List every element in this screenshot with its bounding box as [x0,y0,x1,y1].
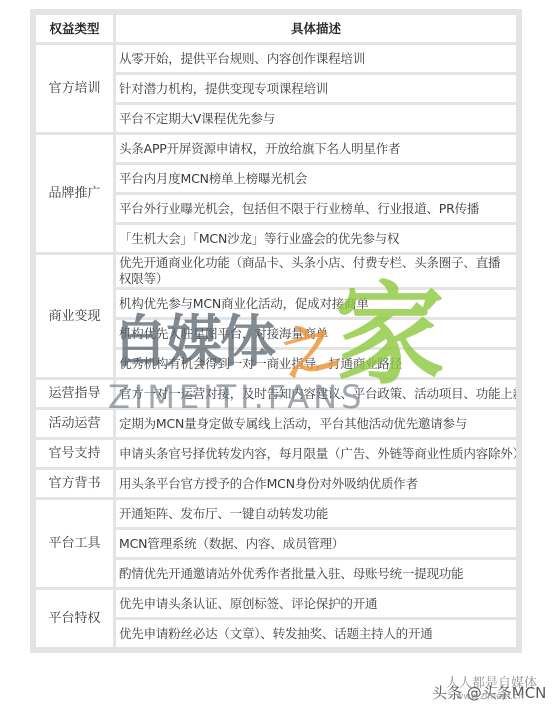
benefits-table: 权益类型 具体描述 官方培训 从零开始，提供平台规则、内容创作课程培训 针对潜力… [33,12,519,650]
description-cell: 平台内月度MCN榜单上榜曝光机会 [115,164,518,194]
description-cell: 「生机大会」「MCN沙龙」等行业盛会的优先参与权 [115,224,518,254]
description-cell: 用头条平台官方授予的合作MCN身份对外吸纳优质作者 [115,469,518,499]
benefits-table-container: 权益类型 具体描述 官方培训 从零开始，提供平台规则、内容创作课程培训 针对潜力… [30,9,522,653]
description-cell: 优先申请粉丝必达（文章）、转发抽奖、话题主持人的开通 [115,619,518,649]
watermark-corner-site: 人人都是自媒体 [446,672,537,691]
description-cell: 机构优先参与MCN商业化活动，促成对接商单 [115,289,518,319]
benefit-type-cell: 活动运营 [35,409,115,439]
benefit-type-cell: 品牌推广 [35,134,115,254]
description-cell: 平台不定期大V课程优先参与 [115,104,518,134]
description-cell: 优先开通商业化功能（商品卡、头条小店、付费专栏、头条圈子、直播权限等） [115,254,518,289]
benefit-type-cell: 商业变现 [35,254,115,379]
table-row: 官方培训 从零开始，提供平台规则、内容创作课程培训 [35,44,518,74]
description-cell: 酌情优先开通邀请站外优秀作者批量入驻、母账号统一提现功能 [115,559,518,589]
description-cell: 优先申请头条认证、原创标签、评论保护的开通 [115,589,518,619]
table-header-row: 权益类型 具体描述 [35,14,518,44]
description-cell: 从零开始，提供平台规则、内容创作课程培训 [115,44,518,74]
benefit-type-cell: 官方培训 [35,44,115,134]
header-description: 具体描述 [115,14,518,44]
description-cell: 优秀机构有机会得到一对一商业指导，打通商业路径 [115,349,518,379]
table-row: 品牌推广 头条APP开屏资源申请权，开放给旗下名人明星作者 [35,134,518,164]
benefit-type-cell: 官号支持 [35,439,115,469]
table-row: 活动运营 定期为MCN量身定做专属线上活动，平台其他活动优先邀请参与 [35,409,518,439]
table-row: 官方背书 用头条平台官方授予的合作MCN身份对外吸纳优质作者 [35,469,518,499]
header-benefit-type: 权益类型 [35,14,115,44]
description-cell: 头条APP开屏资源申请权，开放给旗下名人明星作者 [115,134,518,164]
benefit-type-cell: 平台工具 [35,499,115,589]
description-cell: 申请头条官号择优转发内容，每月限量（广告、外链等商业性质内容除外） [115,439,518,469]
table-row: 官号支持 申请头条官号择优转发内容，每月限量（广告、外链等商业性质内容除外） [35,439,518,469]
watermark-corner-url: www.zimeiti.cn [456,692,524,702]
description-cell: 平台外行业曝光机会，包括但不限于行业榜单、行业报道、PR传播 [115,194,518,224]
description-cell: 机构优先入驻星图平台，对接海量商单 [115,319,518,349]
table-row: 平台特权 优先申请头条认证、原创标签、评论保护的开通 [35,589,518,619]
watermark-corner-author: 头条 @头条MCN [432,682,546,703]
table-row: 平台工具 开通矩阵、发布厅、一键自动转发功能 [35,499,518,529]
benefit-type-cell: 平台特权 [35,589,115,649]
description-cell: MCN管理系统（数据、内容、成员管理） [115,529,518,559]
description-cell: 定期为MCN量身定做专属线上活动，平台其他活动优先邀请参与 [115,409,518,439]
description-cell: 官方一对一运营对接，及时告知内容建议、平台政策、活动项目、功能上新 [115,379,518,409]
description-cell: 开通矩阵、发布厅、一键自动转发功能 [115,499,518,529]
table-row: 商业变现 优先开通商业化功能（商品卡、头条小店、付费专栏、头条圈子、直播权限等） [35,254,518,289]
benefit-type-cell: 运营指导 [35,379,115,409]
table-row: 运营指导 官方一对一运营对接，及时告知内容建议、平台政策、活动项目、功能上新 [35,379,518,409]
description-cell: 针对潜力机构，提供变现专项课程培训 [115,74,518,104]
benefit-type-cell: 官方背书 [35,469,115,499]
